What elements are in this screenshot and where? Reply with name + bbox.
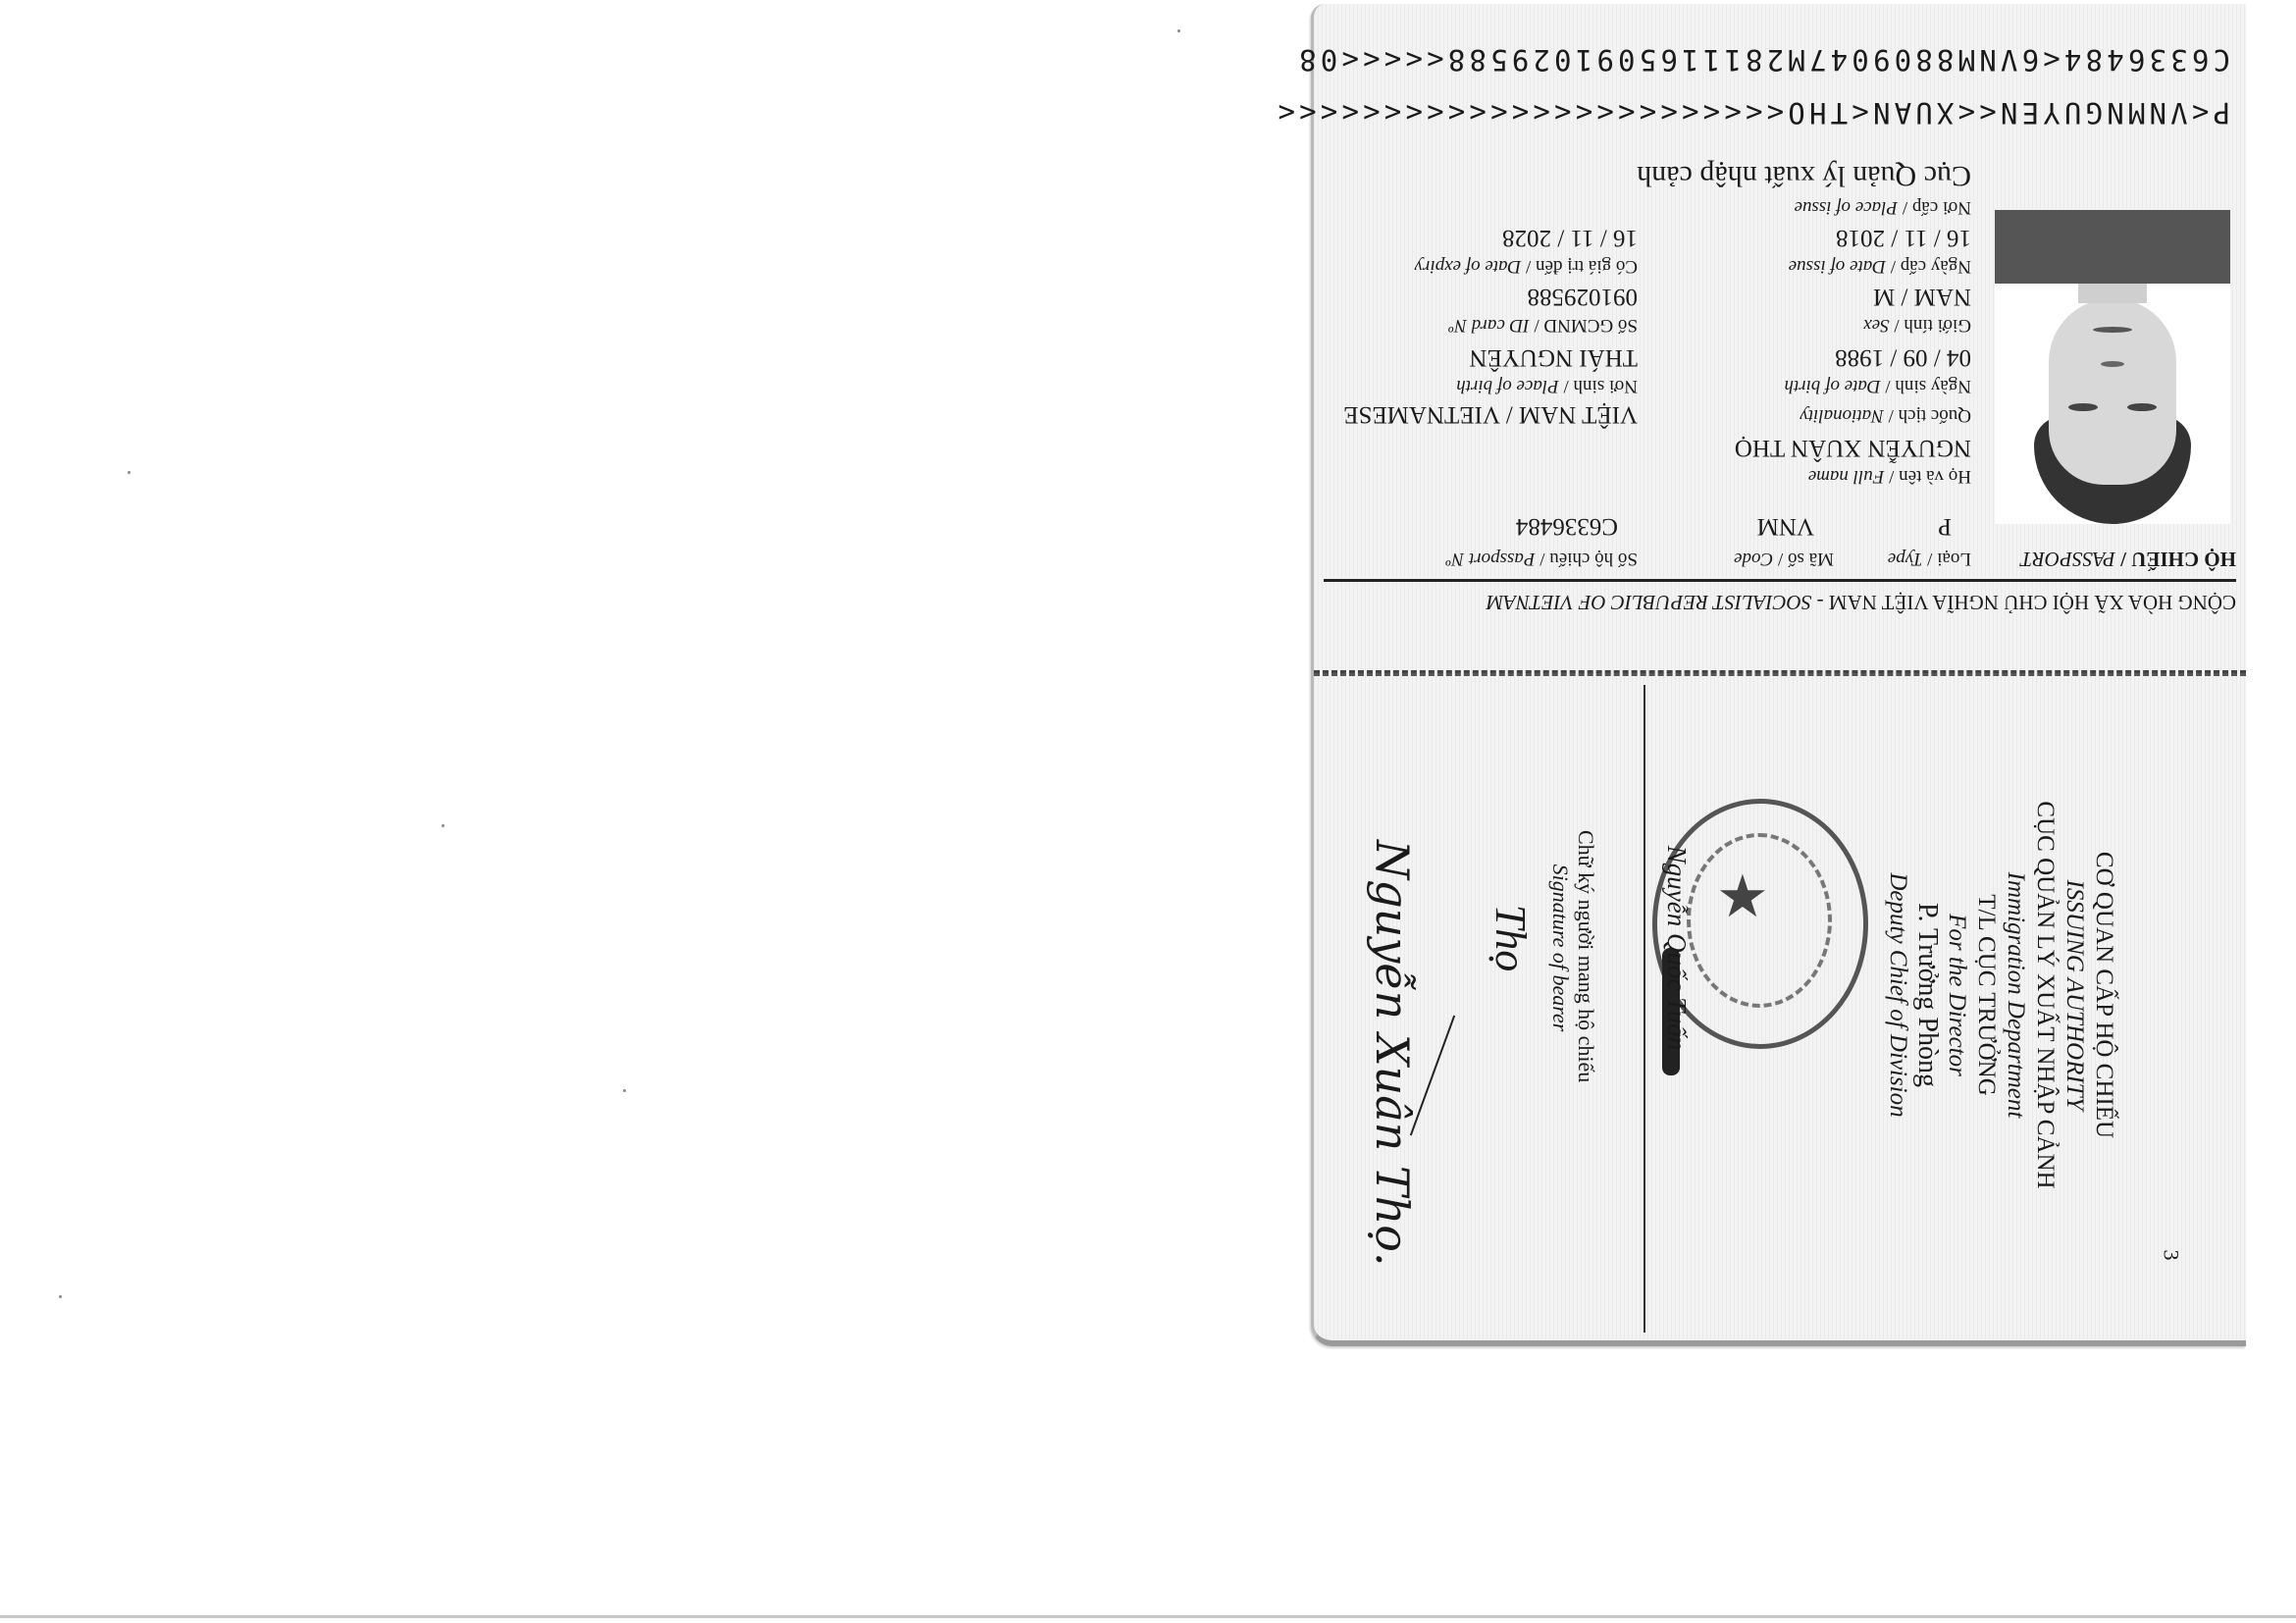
sex-label: Giới tính / Sex [1863, 314, 1971, 336]
mrz-line-1: P<VNMNGUYEN<<XUAN<THO<<<<<<<<<<<<<<<<<<<… [1274, 96, 2230, 130]
date-of-issue-value: 16 / 11 / 2018 [1836, 224, 1971, 251]
signer-name: Nguyễn Quốc Tuấn [1662, 801, 1692, 1095]
date-of-issue-label: Ngày cấp / Date of issue [1789, 255, 1971, 277]
passport-authority-page: CƠ QUAN CẤP HỘ CHIẾU ISSUING AUTHORITY C… [1314, 673, 2246, 1340]
mrz-line-2: C6336484<6VNM8809047M2811165091029588<<<… [1295, 43, 2230, 77]
pob-label: Nơi sinh / Place of birth [1456, 375, 1638, 396]
passport-booklet: CỘNG HÒA XÃ HỘI CHỦ NGHĨA VIỆT NAM - SOC… [1311, 4, 2246, 1346]
bearer-handwritten-name: Nguyễn Xuân Thọ. [1378, 840, 1407, 1154]
scan-speck [623, 1089, 626, 1092]
type-label: Loại / Type [1888, 548, 1971, 569]
document-title: HỘ CHIẾU / PASSPORT [2020, 547, 2236, 571]
passport-data-page: CỘNG HÒA XÃ HỘI CHỦ NGHĨA VIỆT NAM - SOC… [1314, 4, 2246, 671]
page-number: 3 [2159, 1250, 2184, 1261]
scan-speck [442, 824, 444, 827]
id-card-label: Số GCMND / ID card Nº [1448, 314, 1638, 336]
place-of-issue-label: Nơi cấp / Place of issue [1795, 196, 1971, 218]
code-value: VNM [1757, 512, 1814, 540]
nationality-label: Quốc tịch / Nationality [1800, 404, 1971, 426]
scan-speck [59, 1295, 62, 1298]
scan-edge-line [0, 1615, 2296, 1618]
scan-speck [1177, 29, 1180, 32]
date-of-expiry-value: 16 / 11 / 2028 [1502, 224, 1638, 251]
fold-line [1314, 673, 2246, 676]
dob-value: 04 / 09 / 1988 [1835, 343, 1971, 371]
passport-no-label: Số hộ chiếu / Passport Nº [1446, 548, 1638, 569]
dob-label: Ngày sinh / Date of birth [1784, 375, 1971, 396]
id-card-value: 091029588 [1528, 283, 1639, 310]
star-icon: ★ [1716, 867, 1769, 926]
country-header: CỘNG HÒA XÃ HỘI CHỦ NGHĨA VIỆT NAM - SOC… [1324, 579, 2236, 614]
date-of-expiry-label: Có giá trị đến / Date of expiry [1415, 255, 1638, 277]
page-divider-line [1644, 685, 1645, 1333]
nationality-value: VIỆT NAM / VIETNAMESE [1343, 400, 1638, 428]
place-of-issue-value: Cục Quản lý xuất nhập cảnh [1637, 159, 1971, 192]
passport-no-value: C6336484 [1516, 512, 1618, 540]
type-value: P [1938, 512, 1952, 540]
pob-value: THÁI NGUYÊN [1470, 343, 1639, 371]
bearer-signature-label: Chữ ký người mang hộ chiếu Signature of … [1547, 830, 1598, 1066]
full-name-value: NGUYỄN XUÂN THỌ [1735, 434, 1971, 461]
bearer-signature-mark: Thọ [1495, 850, 1525, 1026]
full-name-label: Họ và tên / Full name [1808, 465, 1971, 487]
scan-speck [128, 471, 130, 474]
sex-value: NAM / M [1873, 283, 1971, 310]
issuing-authority-block: CƠ QUAN CẤP HỘ CHIẾU ISSUING AUTHORITY C… [1883, 779, 2118, 1211]
code-label: Mã số / Code [1734, 548, 1834, 569]
holder-photo [1995, 210, 2230, 524]
